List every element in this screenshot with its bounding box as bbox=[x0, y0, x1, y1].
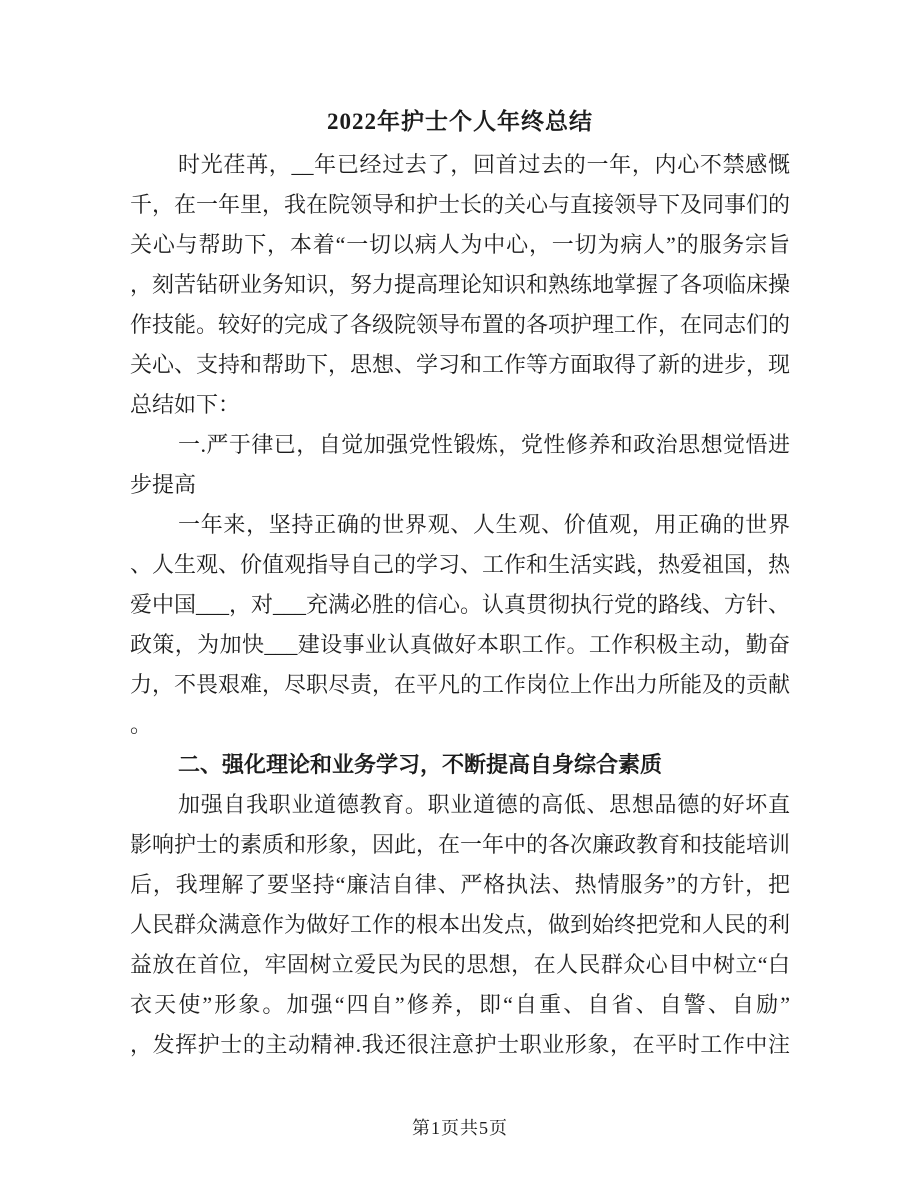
text-line: 时光荏苒，__年已经过去了，回首过去的一年，内心不禁感慨万 bbox=[130, 145, 790, 185]
text-line: 衣天使”形象。加强“四自”修养，即“自重、自省、自警、自励” bbox=[130, 985, 790, 1025]
text-line: 后，我理解了要坚持“廉洁自律、严格执法、热情服务”的方针，把 bbox=[130, 865, 790, 905]
text-line: 作技能。较好的完成了各级院领导布置的各项护理工作，在同志们的 bbox=[130, 305, 790, 345]
text-line: 步提高 bbox=[130, 465, 790, 505]
text-line: 加强自我职业道德教育。职业道德的高低、思想品德的好坏直接 bbox=[130, 785, 790, 825]
document-page: 2022年护士个人年终总结 时光荏苒，__年已经过去了，回首过去的一年，内心不禁… bbox=[0, 0, 920, 1191]
text-line: ，发挥护士的主动精神.我还很注意护士职业形象，在平时工作中注意 bbox=[130, 1025, 790, 1065]
page-number: 第1页共5页 bbox=[412, 1118, 508, 1138]
text-line: 人民群众满意作为做好工作的根本出发点，做到始终把党和人民的利 bbox=[130, 905, 790, 945]
text-line: 。 bbox=[130, 705, 790, 745]
text-line: 一.严于律已，自觉加强党性锻炼，党性修养和政治思想觉悟进一 bbox=[130, 425, 790, 465]
text-line: 总结如下： bbox=[130, 385, 790, 425]
text-line: 、人生观、价值观指导自己的学习、工作和生活实践，热爱祖国，热 bbox=[130, 545, 790, 585]
page-footer: 第1页共5页 bbox=[0, 1113, 920, 1143]
text-line: 益放在首位，牢固树立爱民为民的思想，在人民群众心目中树立“白 bbox=[130, 945, 790, 985]
document-body: 时光荏苒，__年已经过去了，回首过去的一年，内心不禁感慨万千，在一年里，我在院领… bbox=[130, 145, 790, 1065]
text-line: 关心与帮助下，本着“一切以病人为中心，一切为病人”的服务宗旨 bbox=[130, 225, 790, 265]
text-line: 影响护士的素质和形象，因此，在一年中的各次廉政教育和技能培训 bbox=[130, 825, 790, 865]
section-heading: 二、强化理论和业务学习，不断提高自身综合素质 bbox=[130, 745, 790, 785]
text-line: 千，在一年里，我在院领导和护士长的关心与直接领导下及同事们的 bbox=[130, 185, 790, 225]
text-line: 力，不畏艰难，尽职尽责，在平凡的工作岗位上作出力所能及的贡献 bbox=[130, 665, 790, 705]
text-line: 关心、支持和帮助下，思想、学习和工作等方面取得了新的进步，现 bbox=[130, 345, 790, 385]
text-line: 政策，为加快___建设事业认真做好本职工作。工作积极主动，勤奋努 bbox=[130, 625, 790, 665]
text-line: 爱中国___，对___充满必胜的信心。认真贯彻执行党的路线、方针、 bbox=[130, 585, 790, 625]
text-line: ，刻苦钻研业务知识，努力提高理论知识和熟练地掌握了各项临床操 bbox=[130, 265, 790, 305]
text-line: 一年来，坚持正确的世界观、人生观、价值观，用正确的世界观 bbox=[130, 505, 790, 545]
document-title: 2022年护士个人年终总结 bbox=[130, 101, 790, 143]
